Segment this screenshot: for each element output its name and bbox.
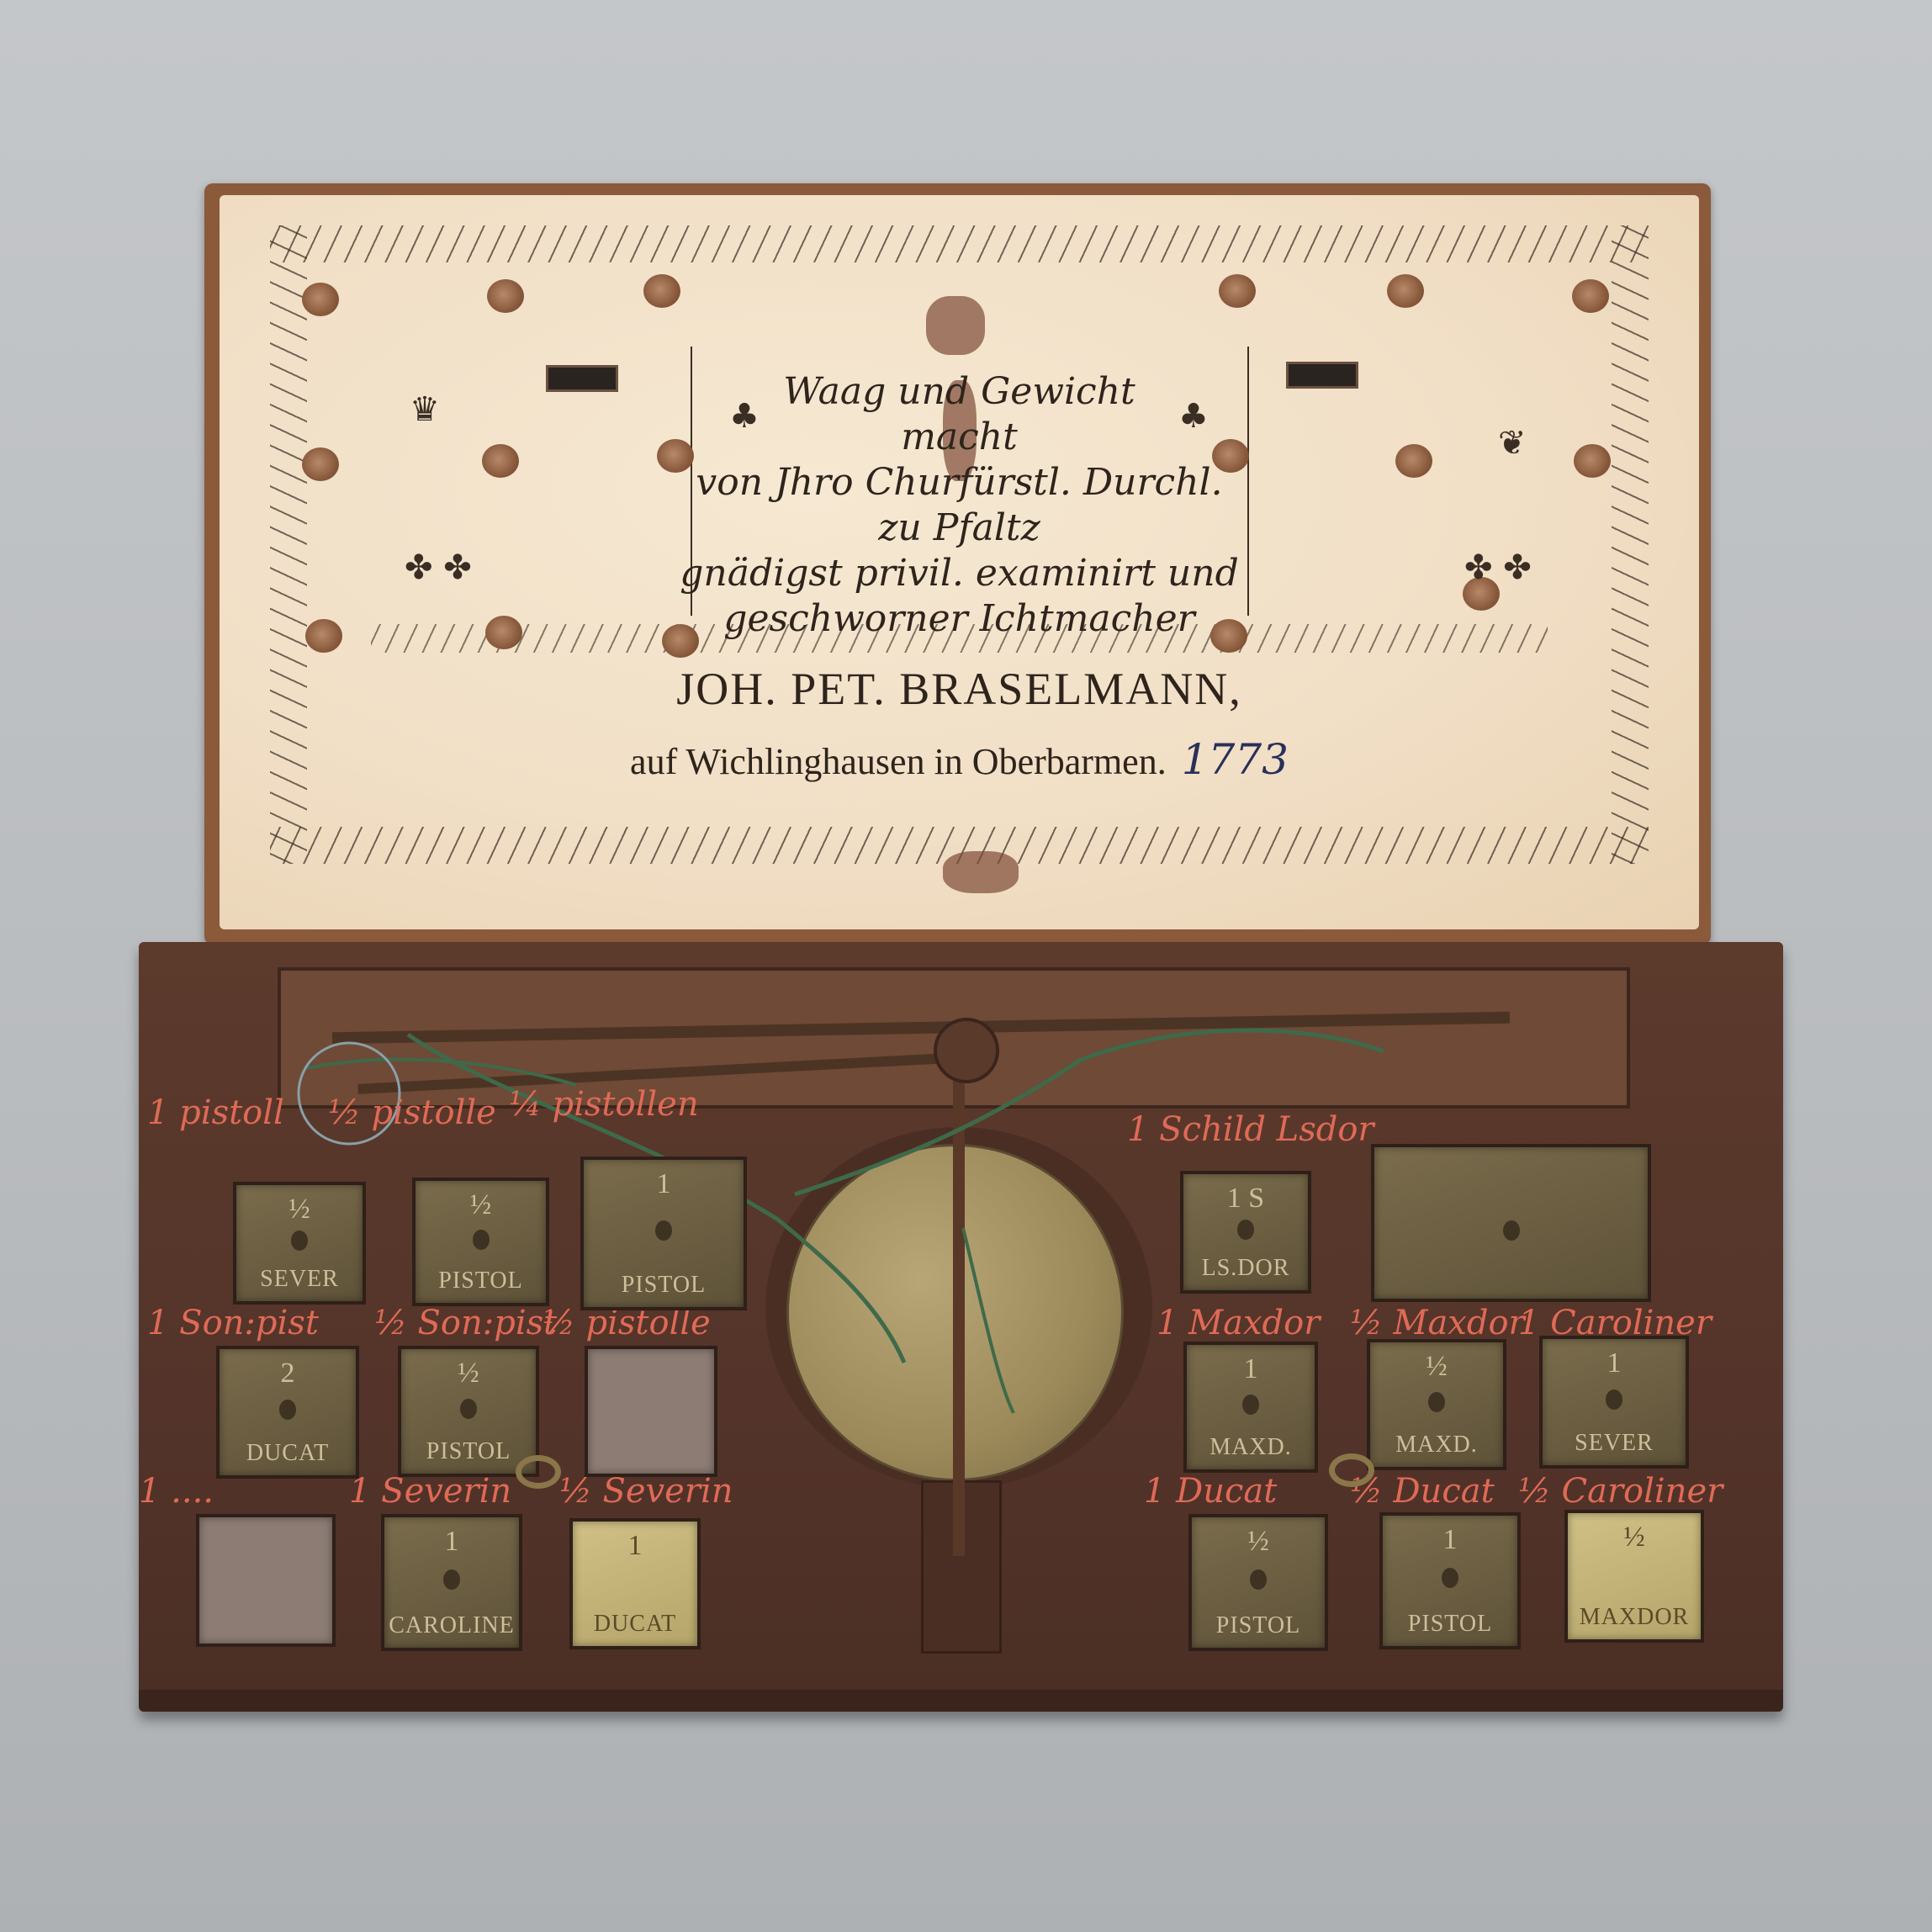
pin-hole [643, 274, 680, 308]
weight-knob [443, 1569, 460, 1590]
label-line-4: zu Pfaltz [220, 506, 1699, 549]
stain [926, 296, 985, 355]
printed-label: ♛ ❦ ♣ ♣ ✤ ✤ ✤ ✤ Waag und Gewicht macht v… [220, 195, 1699, 929]
compartment-label: ½ Son:pist [374, 1304, 557, 1342]
compartment-label: 1 Son:pist [147, 1304, 319, 1342]
label-line-6: geschworner Ichtmacher [220, 597, 1699, 640]
weight-knob [1428, 1392, 1445, 1412]
pin-hole [487, 279, 524, 313]
place-text: auf Wichlinghausen in Oberbarmen. [630, 741, 1167, 782]
label-line-2: macht [220, 416, 1699, 458]
pin-hole [1572, 279, 1609, 313]
compartment-label: ¼ pistollen [509, 1085, 699, 1124]
compartment-label: ½ pistolle [328, 1093, 496, 1132]
weight-knob [460, 1399, 477, 1419]
coin-weight[interactable]: 1CAROLINE [381, 1514, 522, 1651]
weight-knob [655, 1220, 672, 1241]
label-line-5: gnädigst privil. examinirt und [220, 552, 1699, 595]
weight-knob [1503, 1220, 1520, 1241]
coin-weight[interactable]: 1SEVER [1539, 1336, 1689, 1469]
coin-weight[interactable]: 2DUCAT [216, 1346, 359, 1479]
coin-weight[interactable]: ½MAXDOR [1564, 1510, 1704, 1643]
base-edge [139, 1690, 1783, 1712]
coin-weight[interactable]: 1 SLS.DOR [1180, 1171, 1311, 1294]
brass-ring-pull[interactable] [516, 1455, 561, 1489]
weight-knob [1237, 1220, 1254, 1240]
box-base: 1 pistoll ½ pistolle ¼ pistollen 1 Son:p… [139, 942, 1783, 1712]
weight-knob [1250, 1569, 1267, 1590]
compartment-label: 1 .... [139, 1472, 214, 1511]
coin-weight[interactable]: 1DUCAT [569, 1518, 701, 1649]
weight-knob [1442, 1568, 1458, 1588]
compartment-label: ½ Severin [559, 1472, 733, 1511]
brass-ring-pull[interactable] [1329, 1453, 1374, 1487]
coin-weight[interactable]: 1MAXD. [1183, 1342, 1318, 1473]
empty-weight-slot [585, 1346, 717, 1477]
coin-weight[interactable]: ½PISTOL [412, 1178, 549, 1306]
coin-weight[interactable]: ½PISTOL [1188, 1514, 1328, 1651]
compartment-label: ½ Caroliner [1518, 1472, 1723, 1511]
coin-weight[interactable]: 1PISTOL [580, 1157, 747, 1310]
weight-knob [291, 1231, 308, 1251]
compartment-label: 1 Severin [349, 1472, 511, 1511]
coin-weight[interactable]: ½SEVER [233, 1182, 366, 1305]
stain [943, 851, 1019, 893]
compartment-label: 1 pistoll [147, 1093, 284, 1132]
compartment-label: 1 Maxdor [1157, 1304, 1320, 1342]
weight-knob [1242, 1395, 1259, 1415]
weight-knob [473, 1230, 490, 1250]
maker-place: auf Wichlinghausen in Oberbarmen.1773 [220, 735, 1699, 784]
coin-weight[interactable]: ½PISTOL [398, 1346, 539, 1477]
empty-weight-slot [196, 1514, 336, 1647]
label-line-1: Waag und Gewicht [220, 370, 1699, 413]
compartment-label: 1 Ducat [1144, 1472, 1277, 1511]
label-line-3: von Jhro Churfürstl. Durchl. [220, 461, 1699, 504]
braided-border-top [270, 225, 1649, 262]
weight-knob [279, 1400, 296, 1420]
box-lid: ♛ ❦ ♣ ♣ ✤ ✤ ✤ ✤ Waag und Gewicht macht v… [204, 183, 1711, 945]
handwritten-year: 1773 [1182, 735, 1289, 784]
compartment-label: 1 Schild Lsdor [1127, 1110, 1374, 1149]
coin-weight-large[interactable] [1371, 1144, 1651, 1302]
coin-weight[interactable]: ½MAXD. [1367, 1339, 1506, 1470]
compartment-label: ½ Maxdor [1350, 1304, 1525, 1342]
coin-weight[interactable]: 1PISTOL [1379, 1512, 1521, 1649]
maker-name: JOH. PET. BRASELMANN, [220, 663, 1699, 715]
pin-hole [302, 283, 339, 316]
pin-hole [1219, 274, 1256, 308]
weight-knob [1606, 1389, 1622, 1410]
pin-hole [1387, 274, 1424, 308]
